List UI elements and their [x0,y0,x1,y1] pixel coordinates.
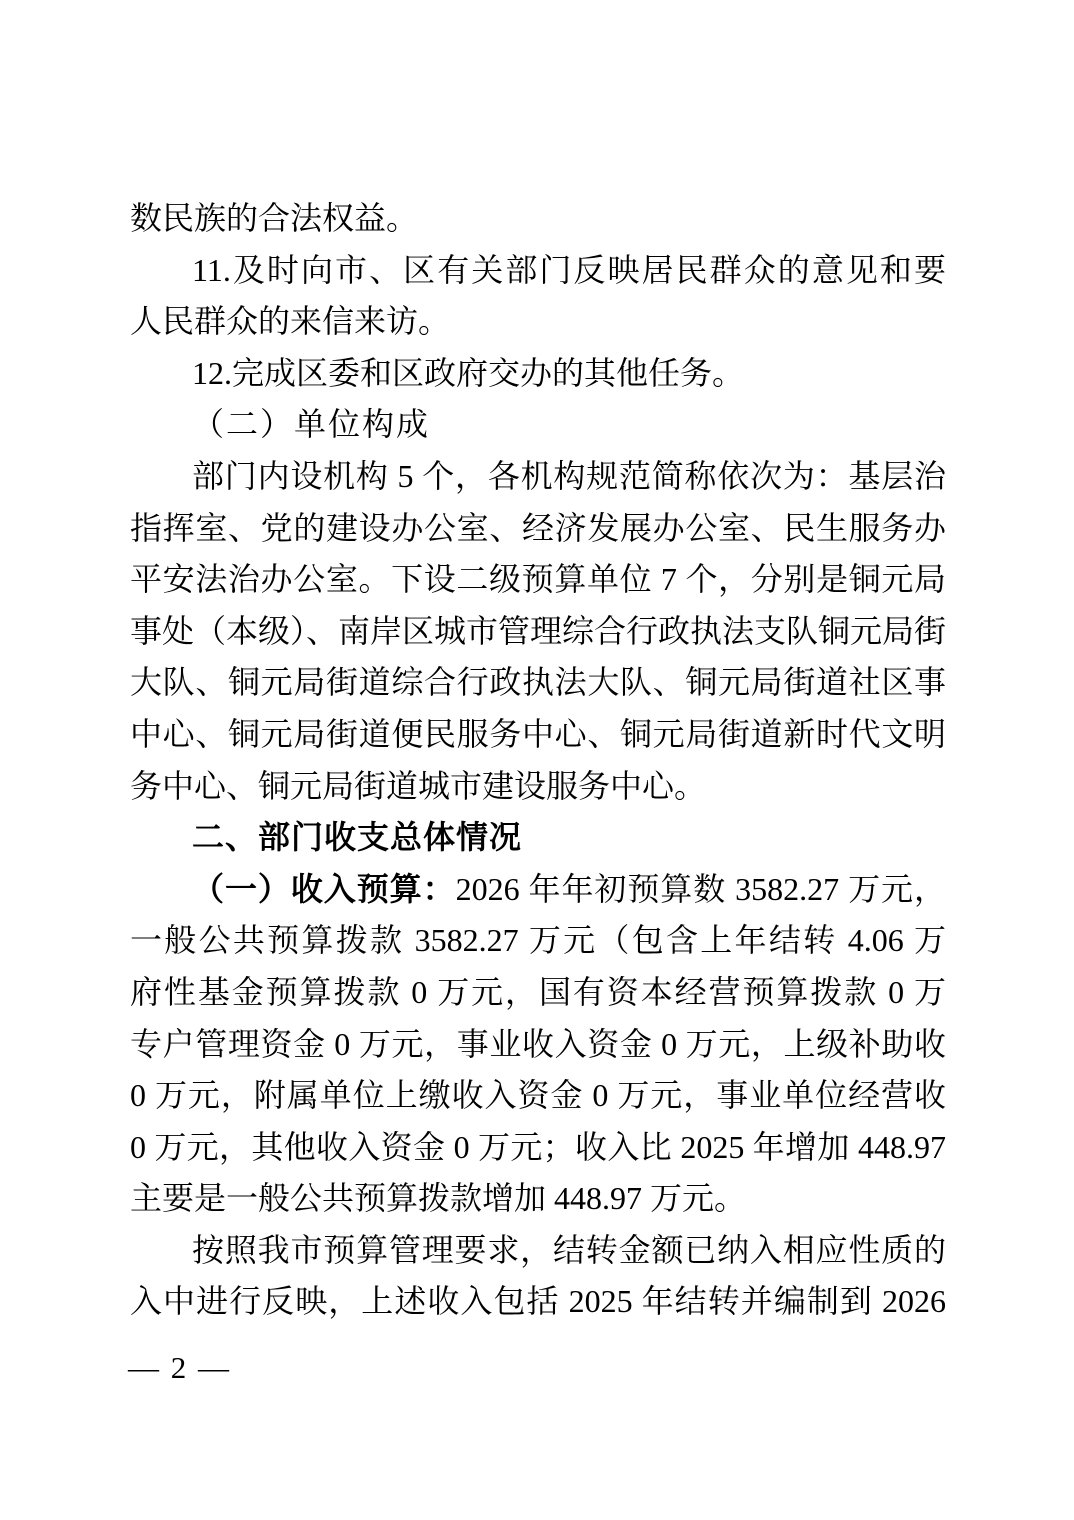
page-number: — 2 — [128,1348,231,1388]
text-line: 部门内设机构 5 个，各机构规范简称依次为：基层治理综合 [130,451,946,503]
document-page: 数民族的合法权益。11.及时向市、区有关部门反映居民群众的意见和要求，办理人民群… [0,0,1074,1520]
text-line: 一般公共预算拨款 3582.27 万元（包含上年结转 4.06 万元），政 [130,915,946,967]
line-bold-prefix: （一）收入预算： [192,871,456,907]
document-lines: 数民族的合法权益。11.及时向市、区有关部门反映居民群众的意见和要求，办理人民群… [130,193,946,1328]
text-line: 入中进行反映，上述收入包括 2025 年结转并编制到 2026 年预算 [130,1276,946,1328]
text-line: 11.及时向市、区有关部门反映居民群众的意见和要求，办理 [130,245,946,297]
section-heading: 二、部门收支总体情况 [130,812,946,864]
text-line: 12.完成区委和区政府交办的其他任务。 [130,348,946,400]
text-line: 人民群众的来信来访。 [130,296,946,348]
text-line: 事处（本级）、南岸区城市管理综合行政执法支队铜元局街道执法 [130,606,946,658]
text-line: 府性基金预算拨款 0 万元，国有资本经营预算拨款 0 万元，财政 [130,967,946,1019]
text-line: 大队、铜元局街道综合行政执法大队、铜元局街道社区事务服务 [130,657,946,709]
text-line: 数民族的合法权益。 [130,193,946,245]
text-line: 平安法治办公室。下设二级预算单位 7 个，分别是铜元局街道办 [130,554,946,606]
text-line: 主要是一般公共预算拨款增加 448.97 万元。 [130,1173,946,1225]
text-line: 指挥室、党的建设办公室、经济发展办公室、民生服务办公室、 [130,503,946,555]
text-line: 中心、铜元局街道便民服务中心、铜元局街道新时代文明实践服 [130,709,946,761]
text-line: 0 万元，附属单位上缴收入资金 0 万元，事业单位经营收入资金 [130,1070,946,1122]
text-line: 专户管理资金 0 万元，事业收入资金 0 万元，上级补助收入资金 [130,1019,946,1071]
text-line: （一）收入预算：2026 年年初预算数 3582.27 万元，其中： [130,864,946,916]
subsection-heading: （二）单位构成 [130,399,946,451]
text-line: 按照我市预算管理要求，结转金额已纳入相应性质的资金收 [130,1225,946,1277]
text-line: 0 万元，其他收入资金 0 万元；收入比 2025 年增加 448.97 万元， [130,1122,946,1174]
text-line: 务中心、铜元局街道城市建设服务中心。 [130,761,946,813]
